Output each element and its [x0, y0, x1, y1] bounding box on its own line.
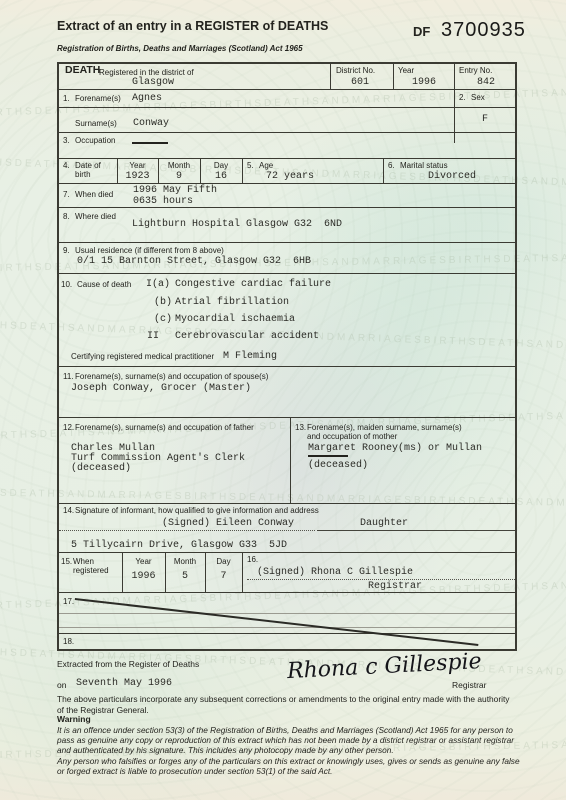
row-divider: [57, 107, 517, 108]
cause-item-text: Myocardial ischaemia: [175, 314, 295, 325]
residence-num: 9.: [63, 246, 70, 255]
row-divider: [57, 366, 517, 367]
cause-item-num: (b): [154, 297, 172, 308]
registered-year-label: Year: [122, 557, 165, 566]
when-died-label: When died: [75, 190, 113, 199]
occupation-num: 3.: [63, 136, 70, 145]
cause-item-num: II: [147, 331, 159, 342]
informant-address: 5 Tillycairn Drive, Glasgow G33 5JD: [71, 540, 287, 551]
registered-num: 15.: [61, 557, 72, 566]
row-divider: [57, 89, 517, 90]
marital-num: 6.: [388, 161, 395, 170]
mother-line1: Margaret Rooney(ms) or Mullan: [308, 443, 482, 454]
row-divider: [57, 273, 517, 274]
extracted-on-label: on: [57, 681, 66, 690]
footer-registrar-label: Registrar: [452, 681, 486, 690]
col-divider: [383, 158, 384, 183]
cause-item-text: Cerebrovascular accident: [175, 331, 319, 342]
marital-label: Marital status: [400, 161, 448, 170]
particulars-note: The above particulars incorporate any su…: [57, 694, 517, 715]
spouse-num: 11.: [63, 372, 74, 381]
act-subtitle: Registration of Births, Deaths and Marri…: [57, 44, 303, 53]
certifier-value: M Fleming: [223, 351, 277, 362]
registered-in-district-label: Registered in the district of: [99, 68, 194, 77]
extract-date: Seventh May 1996: [76, 678, 172, 689]
row-divider: [57, 592, 517, 593]
when-died-line2: 0635 hours: [133, 196, 193, 207]
marital-value: Divorced: [428, 171, 476, 182]
col-divider: [242, 158, 243, 183]
row-divider: [57, 503, 517, 504]
row-divider: [57, 158, 517, 159]
dob-num: 4.: [63, 161, 70, 170]
warning-paragraph-1: It is an offence under section 53(3) of …: [57, 725, 520, 755]
where-died-value: Lightburn Hospital Glasgow G32 6ND: [132, 219, 342, 230]
occupation-label: Occupation: [75, 136, 115, 145]
residence-label: Usual residence (if different from 8 abo…: [75, 246, 224, 255]
row-divider: [57, 417, 517, 418]
father-line3: (deceased): [71, 463, 131, 474]
dob-month-label: Month: [158, 161, 200, 170]
registered-day-value: 7: [205, 571, 242, 582]
row-divider: [57, 207, 517, 208]
surname-value: Conway: [133, 118, 169, 129]
col-divider: [290, 417, 291, 503]
row17-subline: [59, 613, 515, 614]
row-divider: [57, 633, 517, 634]
col-divider: [242, 552, 243, 592]
row-divider: [57, 552, 517, 553]
forename-num: 1.: [63, 94, 70, 103]
mother-label: Forename(s), maiden surname, surname(s) …: [307, 423, 472, 441]
registrar-box-title: Registrar: [368, 581, 422, 592]
entry-no-value: 842: [477, 77, 495, 88]
register-form: DEATH Registered in the district of Glas…: [57, 62, 517, 651]
registered-month-label: Month: [165, 557, 205, 566]
extracted-from-label: Extracted from the Register of Deaths: [57, 660, 199, 669]
col-divider: [330, 62, 331, 89]
informant-relation: Daughter: [360, 518, 408, 529]
dob-year-label: Year: [117, 161, 158, 170]
mother-underline: [308, 455, 348, 457]
cause-item-text: Congestive cardiac failure: [175, 279, 331, 290]
dob-day-label: Day: [200, 161, 242, 170]
col-divider: [393, 62, 394, 89]
residence-value: 0/1 15 Barnton Street, Glasgow G32 6HB: [77, 256, 311, 267]
cause-item-num: (c): [154, 314, 172, 325]
dob-day-value: 16: [200, 171, 242, 182]
cause-num: 10.: [61, 280, 72, 289]
serial-number: 3700935: [441, 20, 526, 40]
father-label: Forename(s), surname(s) and occupation o…: [75, 423, 254, 432]
district-value: Glasgow: [132, 77, 174, 88]
row-divider: [57, 183, 517, 184]
cause-item-text: Atrial fibrillation: [175, 297, 289, 308]
registered-month-value: 5: [165, 571, 205, 582]
mother-line2: (deceased): [308, 460, 368, 471]
registrar-dotted-line: [247, 579, 515, 580]
where-died-num: 8.: [63, 212, 70, 221]
year-value: 1996: [412, 77, 436, 88]
spouse-label: Forename(s), surname(s) and occupation o…: [75, 372, 268, 381]
sex-num: 2.: [459, 93, 466, 102]
sex-label: Sex: [471, 93, 485, 102]
sex-value: F: [455, 114, 515, 125]
dob-year-value: 1923: [117, 171, 158, 182]
dob-label: Date of birth: [75, 161, 113, 179]
spouse-value: Joseph Conway, Grocer (Master): [71, 383, 251, 394]
border-line: [57, 62, 517, 64]
occupation-blank-dash: [132, 142, 168, 144]
row17-num: 17.: [63, 597, 74, 606]
surname-label: Surname(s): [75, 119, 117, 128]
registered-day-label: Day: [205, 557, 242, 566]
cause-label: Cause of death: [77, 280, 131, 289]
district-no-value: 601: [351, 77, 369, 88]
page-title: Extract of an entry in a REGISTER of DEA…: [57, 22, 328, 31]
death-certificate-page: BIRTHSDEATHSANDMARRIAGESBIRTHSDEATHSANDM…: [0, 0, 566, 800]
year-label: Year: [398, 66, 414, 75]
entry-no-label: Entry No.: [459, 66, 492, 75]
when-died-line1: 1996 May Fifth: [133, 185, 217, 196]
border-line: [515, 62, 517, 651]
certifier-label: Certifying registered medical practition…: [71, 352, 214, 361]
death-label: DEATH: [65, 66, 100, 75]
age-value: 72 years: [266, 171, 314, 182]
informant-signed: (Signed) Eileen Conway: [162, 518, 294, 529]
row-divider: [57, 132, 517, 133]
warning-title: Warning: [57, 715, 91, 724]
serial-prefix: DF: [413, 27, 430, 36]
forename-label: Forename(s): [75, 94, 121, 103]
signature-dotted-line: [59, 530, 315, 531]
age-num: 5.: [247, 161, 254, 170]
row-divider: [57, 242, 517, 243]
mother-num: 13.: [295, 423, 306, 432]
informant-num: 14.: [63, 506, 74, 515]
registrar-box-num: 16.: [247, 555, 258, 564]
registered-year-value: 1996: [122, 571, 165, 582]
relation-rule-line: [317, 530, 515, 531]
warning-paragraph-2: Any person who falsifies or forges any o…: [57, 756, 520, 776]
when-died-num: 7.: [63, 190, 70, 199]
registered-label: When registered: [73, 557, 115, 575]
district-no-label: District No.: [336, 66, 375, 75]
where-died-label: Where died: [75, 212, 116, 221]
col-divider: [454, 62, 455, 143]
cause-item-num: I(a): [146, 279, 170, 290]
age-label: Age: [259, 161, 273, 170]
border-line: [57, 62, 59, 651]
father-num: 12.: [63, 423, 74, 432]
row17-strikeout-line: [75, 598, 479, 646]
row17-subline: [59, 627, 515, 628]
dob-month-value: 9: [158, 171, 200, 182]
forename-value: Agnes: [132, 93, 162, 104]
registrar-box-signed: (Signed) Rhona C Gillespie: [257, 567, 413, 578]
registrar-handwritten-signature: Rhona c Gillespie: [287, 650, 483, 684]
row18-num: 18.: [63, 637, 74, 646]
informant-label: Signature of informant, how qualified to…: [75, 506, 319, 515]
